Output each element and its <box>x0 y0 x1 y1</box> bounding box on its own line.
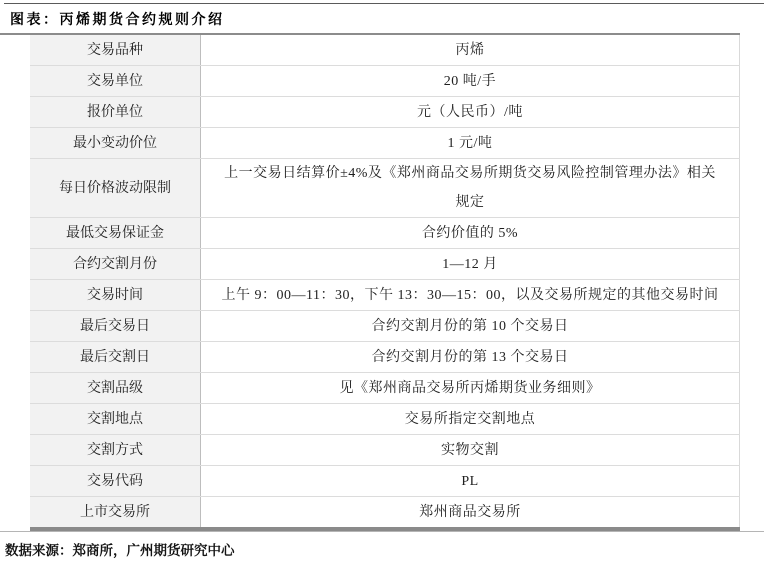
row-label-cell: 每日价格波动限制 <box>30 159 201 218</box>
table-row: 交易时间 上午 9：00—11：30，下午 13：30—15：00，以及交易所规… <box>30 280 740 311</box>
row-label-cell: 交易单位 <box>30 66 201 97</box>
table-row: 最后交割日 合约交割月份的第 13 个交易日 <box>30 342 740 373</box>
row-value-cell: 交易所指定交割地点 <box>201 404 740 435</box>
table-row: 报价单位 元（人民币）/吨 <box>30 97 740 128</box>
table-row: 每日价格波动限制 上一交易日结算价±4%及《郑州商品交易所期货交易风险控制管理办… <box>30 159 740 218</box>
row-label-cell: 交割方式 <box>30 435 201 466</box>
page-title: 图表：丙烯期货合约规则介绍 <box>10 9 225 29</box>
row-label-cell: 交割品级 <box>30 373 201 404</box>
row-label-cell: 交割地点 <box>30 404 201 435</box>
table-row: 交割品级 见《郑州商品交易所丙烯期货业务细则》 <box>30 373 740 404</box>
table-row: 合约交割月份 1—12 月 <box>30 249 740 280</box>
table-row: 交易代码 PL <box>30 466 740 497</box>
table-row: 交割方式 实物交割 <box>30 435 740 466</box>
row-label-cell: 交易代码 <box>30 466 201 497</box>
row-label-cell: 交易时间 <box>30 280 201 311</box>
row-label-cell: 最低交易保证金 <box>30 218 201 249</box>
row-value-cell: 合约交割月份的第 10 个交易日 <box>201 311 740 342</box>
row-label-cell: 最小变动价位 <box>30 128 201 159</box>
row-label-cell: 报价单位 <box>30 97 201 128</box>
table-row: 最低交易保证金 合约价值的 5% <box>30 218 740 249</box>
contract-rules-table-container: 交易品种 丙烯 交易单位 20 吨/手 报价单位 元（人民币）/吨 最小变动价位… <box>30 35 740 531</box>
bottom-divider-rule <box>0 531 764 532</box>
row-label-cell: 上市交易所 <box>30 497 201 528</box>
table-row: 交割地点 交易所指定交割地点 <box>30 404 740 435</box>
table-row: 交易单位 20 吨/手 <box>30 66 740 97</box>
row-value-cell: 20 吨/手 <box>201 66 740 97</box>
row-value-cell: 上午 9：00—11：30，下午 13：30—15：00，以及交易所规定的其他交… <box>201 280 740 311</box>
contract-rules-table: 交易品种 丙烯 交易单位 20 吨/手 报价单位 元（人民币）/吨 最小变动价位… <box>30 35 740 527</box>
row-value-cell: 元（人民币）/吨 <box>201 97 740 128</box>
table-row: 交易品种 丙烯 <box>30 35 740 66</box>
row-value-cell: 合约交割月份的第 13 个交易日 <box>201 342 740 373</box>
row-value-cell: 郑州商品交易所 <box>201 497 740 528</box>
row-value-cell: 1—12 月 <box>201 249 740 280</box>
table-row: 最小变动价位 1 元/吨 <box>30 128 740 159</box>
table-row: 最后交易日 合约交割月份的第 10 个交易日 <box>30 311 740 342</box>
table-row: 上市交易所 郑州商品交易所 <box>30 497 740 528</box>
row-value-cell: 实物交割 <box>201 435 740 466</box>
row-value-cell: 上一交易日结算价±4%及《郑州商品交易所期货交易风险控制管理办法》相关规定 <box>201 159 740 218</box>
row-label-cell: 最后交易日 <box>30 311 201 342</box>
row-label-cell: 合约交割月份 <box>30 249 201 280</box>
data-source-note: 数据来源：郑商所，广州期货研究中心 <box>5 539 235 559</box>
row-value-cell: 1 元/吨 <box>201 128 740 159</box>
row-value-cell: 见《郑州商品交易所丙烯期货业务细则》 <box>201 373 740 404</box>
row-value-cell: 丙烯 <box>201 35 740 66</box>
row-value-cell: 合约价值的 5% <box>201 218 740 249</box>
row-value-cell: PL <box>201 466 740 497</box>
row-label-cell: 交易品种 <box>30 35 201 66</box>
row-label-cell: 最后交割日 <box>30 342 201 373</box>
top-divider-rule <box>4 3 764 4</box>
